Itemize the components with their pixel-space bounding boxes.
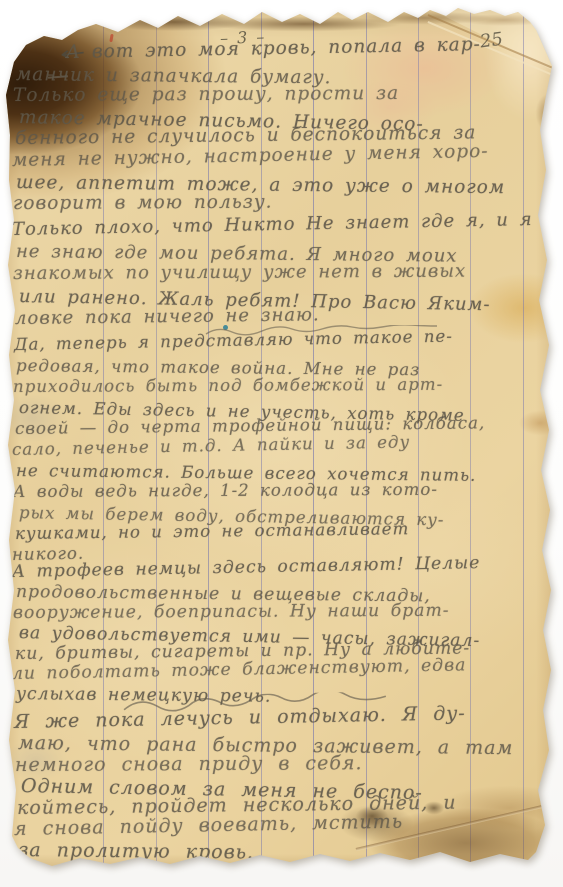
paragraph: Я же пока лечусь и отдыхаю. Я ду-маю, чт…: [14, 712, 554, 862]
paragraph: А вот это моя кровь, попала в кар-манчик…: [12, 42, 552, 215]
handwriting-line: Только еще раз прошу, прости за: [13, 82, 552, 106]
handwriting-line: вооружение, боеприпасы. Ну наши брат-: [13, 600, 552, 623]
paragraph: Только плохо, что Никто Не знает где я, …: [12, 219, 552, 330]
handwriting-line: Я же пока лечусь и отдыхаю. Я ду-: [14, 702, 554, 734]
handwriting-line: приходилось быть под бомбежкой и арт-: [13, 373, 552, 397]
paragraph: А трофеев немцы здесь оставляют! Целыепр…: [12, 562, 552, 705]
handwriting-line: А вот это моя кровь, попала в кар-: [66, 33, 552, 64]
handwriting-line: за пролитую кровь.: [18, 840, 554, 867]
handwriting-line: знакомых по училищу уже нет в живых: [13, 261, 552, 286]
handwriting-line: немного снова приду в себя.: [15, 752, 554, 776]
scan-background: – 3 – 25 ← А вот это моя кровь, попала в…: [0, 0, 563, 887]
aged-paper: – 3 – 25 ← А вот это моя кровь, попала в…: [4, 8, 556, 872]
paragraph: Да, теперь я представляю что такое пе-ре…: [12, 334, 552, 565]
handwriting-line: А воды ведь нигде, 1-2 колодца из кото-: [13, 478, 552, 502]
letter-page: – 3 – 25 ← А вот это моя кровь, попала в…: [4, 8, 556, 872]
